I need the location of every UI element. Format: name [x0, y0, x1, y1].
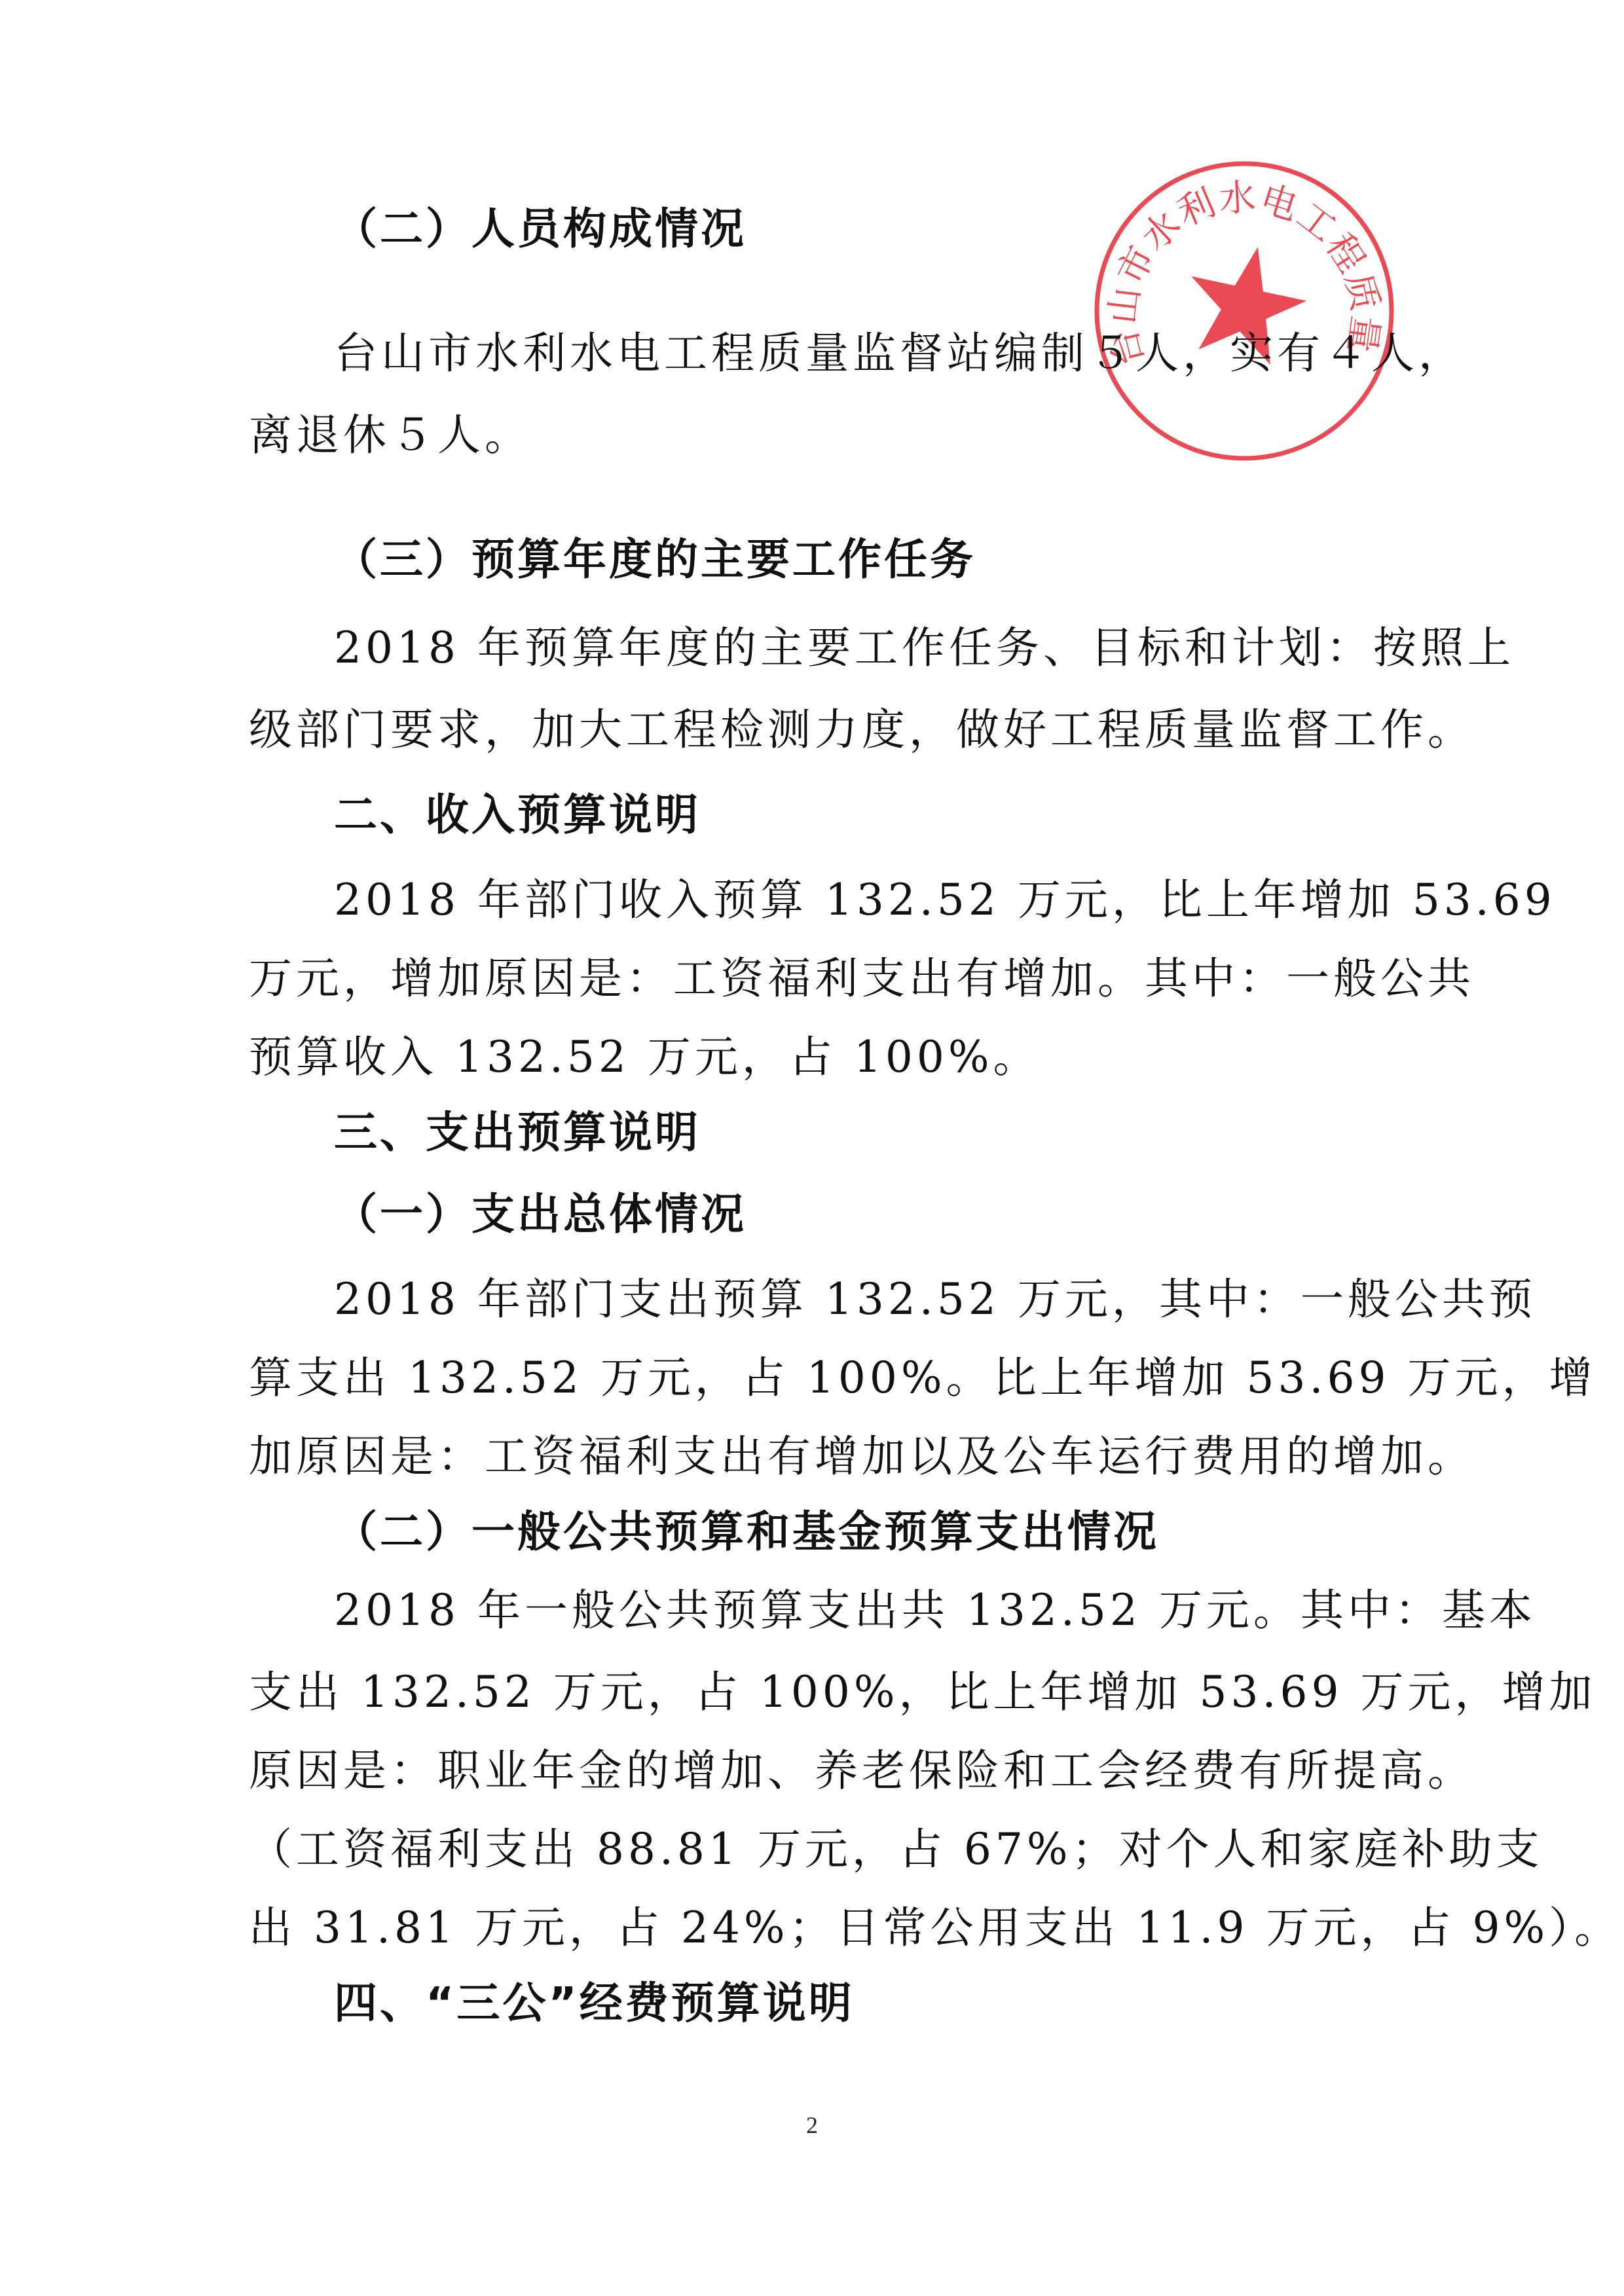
- subsection-heading-general-fund: （二）一般公共预算和基金预算支出情况: [334, 1506, 1388, 1558]
- paragraph-line: 2018 年部门收入预算 132.52 万元，比上年增加 53.69: [334, 874, 1388, 926]
- paragraph-line: 支出 132.52 万元，占 100%，比上年增加 53.69 万元，增加: [249, 1666, 1388, 1719]
- paragraph-line: 离退休５人。: [249, 409, 1388, 462]
- paragraph-line: 算支出 132.52 万元，占 100%。比上年增加 53.69 万元，增: [249, 1352, 1388, 1404]
- paragraph-line: （工资福利支出 88.81 万元，占 67%；对个人和家庭补助支: [249, 1823, 1388, 1876]
- paragraph-line: 2018 年一般公共预算支出共 132.52 万元。其中：基本: [334, 1584, 1388, 1637]
- paragraph-line: 级部门要求，加大工程检测力度，做好工程质量监督工作。: [249, 704, 1388, 756]
- paragraph-line: 加原因是：工资福利支出有增加以及公车运行费用的增加。: [249, 1430, 1388, 1483]
- page-number: 2: [799, 2111, 825, 2139]
- paragraph-line: 出 31.81 万元，占 24%；日常公用支出 11.9 万元，占 9%）。: [249, 1902, 1388, 1954]
- paragraph-line: 万元，增加原因是：工资福利支出有增加。其中：一般公共: [249, 953, 1388, 1005]
- paragraph-line: 原因是：职业年金的增加、养老保险和工会经费有所提高。: [249, 1745, 1388, 1797]
- section-heading-expenditure: 三、支出预算说明: [334, 1106, 1388, 1159]
- subsection-heading-overall: （一）支出总体情况: [334, 1188, 1388, 1241]
- paragraph-line: 台山市水利水电工程质量监督站编制５人，实有４人，: [334, 327, 1388, 380]
- paragraph-line: 预算收入 132.52 万元，占 100%。: [249, 1031, 1388, 1084]
- paragraph-line: 2018 年预算年度的主要工作任务、目标和计划：按照上: [334, 622, 1388, 674]
- section-heading-staff: （二）人员构成情况: [334, 203, 1388, 255]
- paragraph-line: 2018 年部门支出预算 132.52 万元，其中：一般公共预: [334, 1273, 1388, 1326]
- section-heading-tasks: （三）预算年度的主要工作任务: [334, 534, 1388, 586]
- section-heading-three-public: 四、“三公”经费预算说明: [334, 1977, 1388, 2030]
- section-heading-income: 二、收入预算说明: [334, 789, 1388, 841]
